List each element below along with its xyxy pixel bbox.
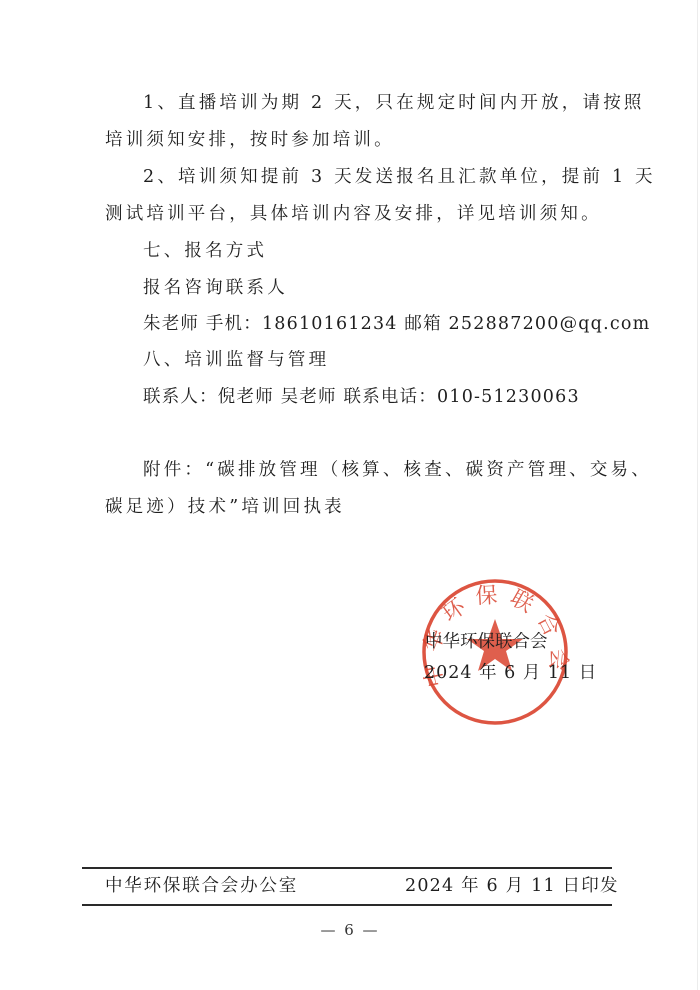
signature-organization: 中华环保联合会 — [425, 631, 548, 653]
paragraph-2-line-1: 2、培训须知提前 3 天发送报名且汇款单位，提前 1 天 — [143, 166, 656, 188]
paragraph-2-line-2: 测试培训平台，具体培训内容及安排，详见培训须知。 — [105, 203, 602, 225]
footer-bottom-rule — [82, 904, 612, 906]
paragraph-1-line-2: 培训须知安排，按时参加培训。 — [105, 129, 395, 151]
registration-contact-line: 朱老师 手机：18610161234 邮箱 252887200@qq.com — [143, 313, 650, 335]
paragraph-1-line-1: 1、直播培训为期 2 天，只在规定时间内开放，请按照 — [143, 92, 645, 114]
signature-date: 2024 年 6 月 11 日 — [424, 662, 597, 684]
section-7-heading: 七、报名方式 — [143, 240, 267, 262]
section-8-heading: 八、培训监督与管理 — [143, 349, 329, 371]
supervision-contact-line: 联系人：倪老师 吴老师 联系电话：010-51230063 — [143, 386, 580, 408]
attachment-line-2: 碳足迹）技术”培训回执表 — [105, 496, 345, 518]
registration-contact-label: 报名咨询联系人 — [143, 277, 288, 299]
attachment-line-1: 附件：“碳排放管理（核算、核查、碳资产管理、交易、 — [143, 459, 652, 481]
footer-issue-date: 2024 年 6 月 11 日印发 — [405, 875, 619, 897]
page-number: — 6 — — [0, 920, 700, 940]
footer-issuer: 中华环保联合会办公室 — [105, 875, 298, 897]
footer-top-rule — [82, 867, 612, 869]
page-edge — [697, 0, 698, 990]
